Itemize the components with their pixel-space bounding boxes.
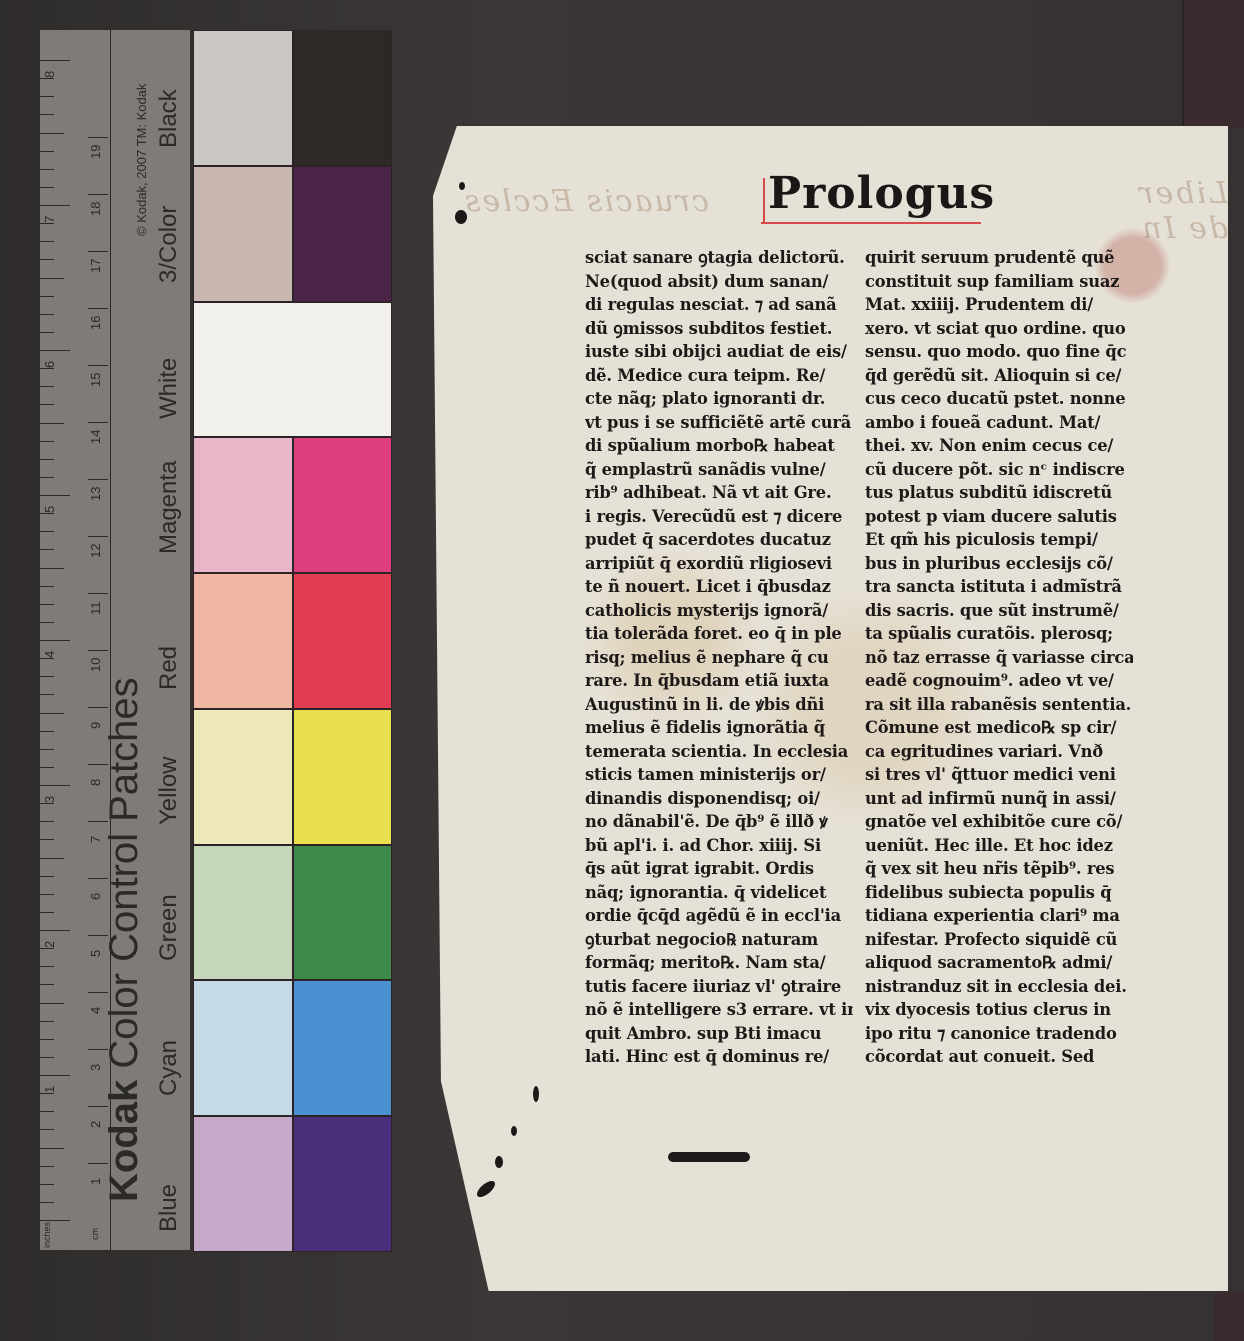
ruler-label-cm: 18 (88, 202, 103, 216)
ruler-label-cm: 19 (88, 145, 103, 159)
ruler-tick-inch (40, 241, 54, 242)
text-line: tra sancta istituta i admĩstrã (865, 575, 1133, 599)
ruler-tick-inch (40, 386, 54, 387)
ruler-tick-inch (40, 513, 54, 514)
ruler-tick-inch (40, 1057, 54, 1058)
ruler-tick-cm (88, 137, 108, 138)
ruler-tick-inch (40, 568, 64, 569)
ruler-tick-inch (40, 1093, 54, 1094)
text-line: Cõmune est medico℞ sp cir/ (865, 716, 1133, 740)
text-line: di spũalium morbo℞ habeat (585, 434, 853, 458)
ruler-label-inch: 3 (42, 796, 57, 803)
text-line: catholicis mysterijs ignorã/ (585, 599, 853, 623)
ruler-tick-inch (40, 78, 54, 79)
ruler-tick-inch (40, 477, 54, 478)
ruler-label-inch: 6 (42, 361, 57, 368)
ruler-tick-inch (40, 731, 54, 732)
ruler-tick-inch (40, 948, 54, 949)
text-column-right: quirit seruum prudentẽ quẽconstituit sup… (865, 246, 1133, 1069)
patch-green-dark (294, 846, 392, 980)
text-line: ambo i foueã cadunt. Mat/ (865, 411, 1133, 435)
kodak-color-target: 1234567812345678910111213141516171819inc… (40, 30, 390, 1250)
ruler-tick-inch (40, 984, 54, 985)
patch-label-blue: Blue (155, 1184, 183, 1232)
text-line: vt pus i se sufficiẽtẽ artẽ curã (585, 411, 853, 435)
color-patch-grid (193, 30, 392, 1252)
ruler-tick-inch (40, 767, 54, 768)
ruler-tick-inch (40, 441, 54, 442)
ruler-tick-inch (40, 314, 54, 315)
ruler-tick-inch (40, 1202, 54, 1203)
text-line: ipo ritu ⁊ canonice tradendo (865, 1022, 1133, 1046)
text-line: quit Ambro. sup Bti imacu (585, 1022, 853, 1046)
text-line: bũ apl'i. i. ad Chor. xiiij. Si (585, 834, 853, 858)
ruler-tick-inch (40, 1039, 54, 1040)
ruler-tick-inch (40, 966, 54, 967)
ruler-tick-cm (88, 251, 108, 252)
text-line: cũ ducere põt. sic nᶜ indiscre (865, 458, 1133, 482)
text-line: bus in pluribus ecclesijs cõ/ (865, 552, 1133, 576)
ruler-label-inch: 7 (42, 216, 57, 223)
text-line: cõcordat aut conueit. Sed (865, 1045, 1133, 1069)
text-line: formãq; merito℞. Nam sta/ (585, 951, 853, 975)
ruler-label-cm: 8 (88, 779, 103, 786)
rubric-mark (763, 178, 765, 224)
text-line: ta spũalis curatõis. plerosq; (865, 622, 1133, 646)
patch-yellow-light (194, 710, 292, 844)
patch-label-3-color: 3/Color (155, 206, 183, 283)
text-line: iuste sibi obijci audiat de eis/ (585, 340, 853, 364)
ruler-tick-inch (40, 114, 54, 115)
manuscript-page: cruacis Eccles Liber de In Prologus scia… (433, 126, 1228, 1291)
ruler-label-inch: 4 (42, 651, 57, 658)
patch-red-light (194, 574, 292, 708)
ruler-tick-inch (40, 169, 54, 170)
text-line: unt ad infirmũ nunq̃ in assi/ (865, 787, 1133, 811)
text-line: sticis tamen ministerijs or/ (585, 763, 853, 787)
patch-label-green: Green (155, 894, 183, 961)
ruler-tick-inch (40, 1111, 54, 1112)
ruler-tick-cm (88, 536, 108, 537)
text-line: tus platus subditũ idiscretũ (865, 481, 1133, 505)
text-line: ueniũt. Hec ille. Et hoc idez (865, 834, 1133, 858)
text-line: rib⁹ adhibeat. Nã vt ait Gre. (585, 481, 853, 505)
patch-label-black: Black (155, 89, 183, 148)
ruler-unit-inches: inches (42, 1222, 52, 1248)
text-line: eadẽ cognouim⁹. adeo vt ve/ (865, 669, 1133, 693)
text-line: rare. In q̄busdam etiã iuxta (585, 669, 853, 693)
patch-3-color-dark (294, 167, 392, 301)
patch-red-dark (294, 574, 392, 708)
text-line: dinandis disponendisq; oi/ (585, 787, 853, 811)
ruler-tick-inch (40, 694, 54, 695)
ruler: 1234567812345678910111213141516171819inc… (40, 30, 111, 1250)
ruler-tick-inch (40, 640, 70, 641)
text-line: i regis. Verecũdũ est ⁊ dicere (585, 505, 853, 529)
text-line: Mat. xxiiij. Prudentem di/ (865, 293, 1133, 317)
ruler-tick-cm (88, 194, 108, 195)
text-line: nifestar. Profecto siquidẽ cũ (865, 928, 1133, 952)
ruler-tick-inch (40, 1129, 54, 1130)
text-line: dẽ. Medice cura teipm. Re/ (585, 364, 853, 388)
text-line: cus ceco ducatũ pstet. nonne (865, 387, 1133, 411)
patch-label-cyan: Cyan (155, 1040, 183, 1096)
ruler-tick-inch (40, 259, 54, 260)
text-line: te ñ nouert. Licet i q̄busdaz (585, 575, 853, 599)
ruler-tick-inch (40, 839, 54, 840)
ruler-label-cm: 3 (88, 1064, 103, 1071)
ruler-tick-cm (88, 365, 108, 366)
text-line: q̃ vex sit heu nr̃is tẽpib⁹. res (865, 857, 1133, 881)
ruler-label-cm: 15 (88, 373, 103, 387)
copyright-notice: © Kodak, 2007 TM: Kodak (134, 84, 149, 236)
text-line: nistranduz sit in ecclesia dei. (865, 975, 1133, 999)
text-column-left: sciat sanare ꝯtagia delictorũ.Ne(quod ab… (585, 246, 853, 1069)
ruler-tick-inch (40, 930, 70, 931)
ruler-label-cm: 5 (88, 950, 103, 957)
ink-blot (455, 210, 467, 224)
ruler-tick-cm (88, 308, 108, 309)
ruler-tick-inch (40, 549, 54, 550)
ruler-tick-inch (40, 531, 54, 532)
bleed-through-text: cruacis Eccles (463, 184, 709, 219)
text-line: Ne(quod absit) dum sanan/ (585, 270, 853, 294)
text-line: risq; melius ẽ nephare q̃ cu (585, 646, 853, 670)
patch-black-dark (294, 31, 392, 165)
text-line: sensu. quo modo. quo fine q̄c (865, 340, 1133, 364)
ruler-tick-inch (40, 586, 54, 587)
ruler-tick-inch (40, 1148, 64, 1149)
ruler-tick-inch (40, 622, 54, 623)
ruler-tick-cm (88, 593, 108, 594)
ruler-tick-inch (40, 785, 70, 786)
ruler-tick-inch (40, 821, 54, 822)
ink-blot (511, 1126, 517, 1136)
rubric-underline (761, 222, 981, 224)
ruler-tick-inch (40, 858, 64, 859)
bleed-through-text: Liber de In (1113, 176, 1228, 246)
ruler-label-cm: 10 (88, 658, 103, 672)
patch-blue-dark (294, 1117, 392, 1251)
ruler-label-cm: 14 (88, 430, 103, 444)
ruler-label-inch: 5 (42, 506, 57, 513)
text-line: xero. vt sciat quo ordine. quo (865, 317, 1133, 341)
ruler-label-cm: 13 (88, 487, 103, 501)
ruler-label-inch: 1 (42, 1086, 57, 1093)
patch-label-magenta: Magenta (155, 461, 183, 554)
patch-magenta-light (194, 438, 292, 572)
ruler-label-cm: 7 (88, 836, 103, 843)
text-line: dis sacris. que sũt instrumẽ/ (865, 599, 1133, 623)
text-line: lati. Hinc est q̄ dominus re/ (585, 1045, 853, 1069)
ruler-tick-inch (40, 332, 54, 333)
book-binding (1182, 0, 1244, 128)
patch-blue-light (194, 1117, 292, 1251)
target-title: Color Control Patches (102, 677, 146, 1068)
ruler-label-inch: 2 (42, 941, 57, 948)
text-line: ra sit illa rabanẽsis sententia. (865, 693, 1133, 717)
text-line: pudet q̄ sacerdotes ducatuz (585, 528, 853, 552)
text-line: fidelibus subiecta populis q̄ (865, 881, 1133, 905)
ruler-tick-inch (40, 1220, 70, 1221)
text-line: Augustinũ in li. de ꝟbis dñi (585, 693, 853, 717)
text-line: cte nãq; plato ignoranti dr. (585, 387, 853, 411)
ruler-label-inch: 8 (42, 71, 57, 78)
text-line: ꝯturbat negocio℞ naturam (585, 928, 853, 952)
patch-label-yellow: Yellow (155, 757, 183, 826)
text-line: no dãnabil'ẽ. De q̄b⁹ ẽ illð ꝟ (585, 810, 853, 834)
ruler-tick-inch (40, 205, 70, 206)
ruler-tick-inch (40, 658, 54, 659)
book-binding-lower (1214, 1290, 1244, 1341)
ruler-tick-inch (40, 404, 54, 405)
ruler-tick-inch (40, 133, 64, 134)
text-line: melius ẽ fidelis ignorãtia q̃ (585, 716, 853, 740)
ruler-label-cm: 2 (88, 1121, 103, 1128)
ruler-tick-inch (40, 1021, 54, 1022)
ruler-tick-inch (40, 459, 54, 460)
patch-label-red: Red (155, 646, 183, 690)
ruler-tick-cm (88, 422, 108, 423)
text-line: nãq; ignorantia. q̄ videlicet (585, 881, 853, 905)
text-line: gnatõe vel exhibitõe cure cõ/ (865, 810, 1133, 834)
text-line: sciat sanare ꝯtagia delictorũ. (585, 246, 853, 270)
ruler-label-cm: 9 (88, 722, 103, 729)
text-line: thei. xv. Non enim cecus ce/ (865, 434, 1133, 458)
text-line: quirit seruum prudentẽ quẽ (865, 246, 1133, 270)
ruler-tick-inch (40, 350, 70, 351)
text-line: nõ ẽ intelligere s3 errare. vt in (585, 998, 853, 1022)
patch-white (194, 303, 391, 437)
text-line: ca egritudines variari. Vnð (865, 740, 1133, 764)
kodak-brand-title: Kodak Color Control Patches (102, 677, 147, 1202)
patch-3-color-light (194, 167, 292, 301)
ruler-tick-inch (40, 713, 64, 714)
kodak-brand: Kodak (102, 1080, 146, 1202)
patch-magenta-dark (294, 438, 392, 572)
text-line: nõ taz errasse q̃ variasse circa (865, 646, 1133, 670)
ruler-label-cm: 11 (88, 602, 103, 616)
ruler-tick-inch (40, 423, 64, 424)
patch-label-white: White (155, 357, 183, 418)
ruler-tick-inch (40, 1166, 54, 1167)
ink-blot (533, 1086, 539, 1102)
ruler-tick-inch (40, 876, 54, 877)
patch-green-light (194, 846, 292, 980)
ruler-unit-cm: cm (90, 1228, 100, 1240)
ruler-tick-inch (40, 894, 54, 895)
ruler-tick-cm (88, 650, 108, 651)
ruler-tick-cm (88, 479, 108, 480)
text-line: aliquod sacramento℞ admi/ (865, 951, 1133, 975)
text-line: q̄d gerẽdũ sit. Alioquin si ce/ (865, 364, 1133, 388)
ruler-label-cm: 1 (88, 1178, 103, 1185)
text-line: tutis facere iiuriaz vl' ꝯtraire (585, 975, 853, 999)
text-line: constituit sup familiam suaz (865, 270, 1133, 294)
ruler-tick-inch (40, 187, 54, 188)
ruler-tick-inch (40, 96, 54, 97)
ruler-tick-inch (40, 604, 54, 605)
patch-cyan-light (194, 981, 292, 1115)
ruler-tick-inch (40, 912, 54, 913)
text-line: vix dyocesis totius clerus in (865, 998, 1133, 1022)
ruler-tick-inch (40, 1075, 70, 1076)
ruler-tick-inch (40, 296, 54, 297)
ruler-tick-inch (40, 223, 54, 224)
ruler-tick-inch (40, 803, 54, 804)
ink-blot (495, 1156, 503, 1168)
text-line: q̄s aũt igrat igrabit. Ordis (585, 857, 853, 881)
ruler-tick-inch (40, 1184, 54, 1185)
text-line: si tres vl' q̃ttuor medici veni (865, 763, 1133, 787)
text-line: Et qm̃ his piculosis tempi/ (865, 528, 1133, 552)
text-line: q̃ emplastrũ sanãdis vulne/ (585, 458, 853, 482)
ruler-tick-inch (40, 60, 70, 61)
ruler-tick-inch (40, 749, 54, 750)
page-heading: Prologus (768, 168, 995, 219)
text-line: temerata scientia. In ecclesia (585, 740, 853, 764)
text-line: tidiana experientia clari⁹ ma (865, 904, 1133, 928)
text-line: potest p viam ducere salutis (865, 505, 1133, 529)
ink-blot (459, 182, 465, 190)
patch-yellow-dark (294, 710, 392, 844)
ink-blot (474, 1178, 497, 1200)
ruler-tick-inch (40, 676, 54, 677)
ruler-label-cm: 12 (88, 544, 103, 558)
ruler-label-cm: 6 (88, 893, 103, 900)
printer-mark (668, 1152, 750, 1162)
ruler-tick-inch (40, 495, 70, 496)
text-line: tia tolerãda foret. eo q̄ in ple (585, 622, 853, 646)
patch-black-light (194, 31, 292, 165)
ruler-tick-inch (40, 368, 54, 369)
text-line: ordie q̄cq̄d agẽdũ ẽ in eccl'ia (585, 904, 853, 928)
ruler-label-cm: 16 (88, 316, 103, 330)
ruler-tick-inch (40, 278, 64, 279)
ruler-label-cm: 4 (88, 1007, 103, 1014)
text-line: di regulas nesciat. ⁊ ad sanã (585, 293, 853, 317)
patch-cyan-dark (294, 981, 392, 1115)
ruler-tick-inch (40, 1003, 64, 1004)
text-line: dũ ꝯmissos subditos festiet. (585, 317, 853, 341)
text-line: arripiũt q̄ exordiũ rligiosevi (585, 552, 853, 576)
ruler-tick-inch (40, 151, 54, 152)
ruler-label-cm: 17 (88, 259, 103, 273)
